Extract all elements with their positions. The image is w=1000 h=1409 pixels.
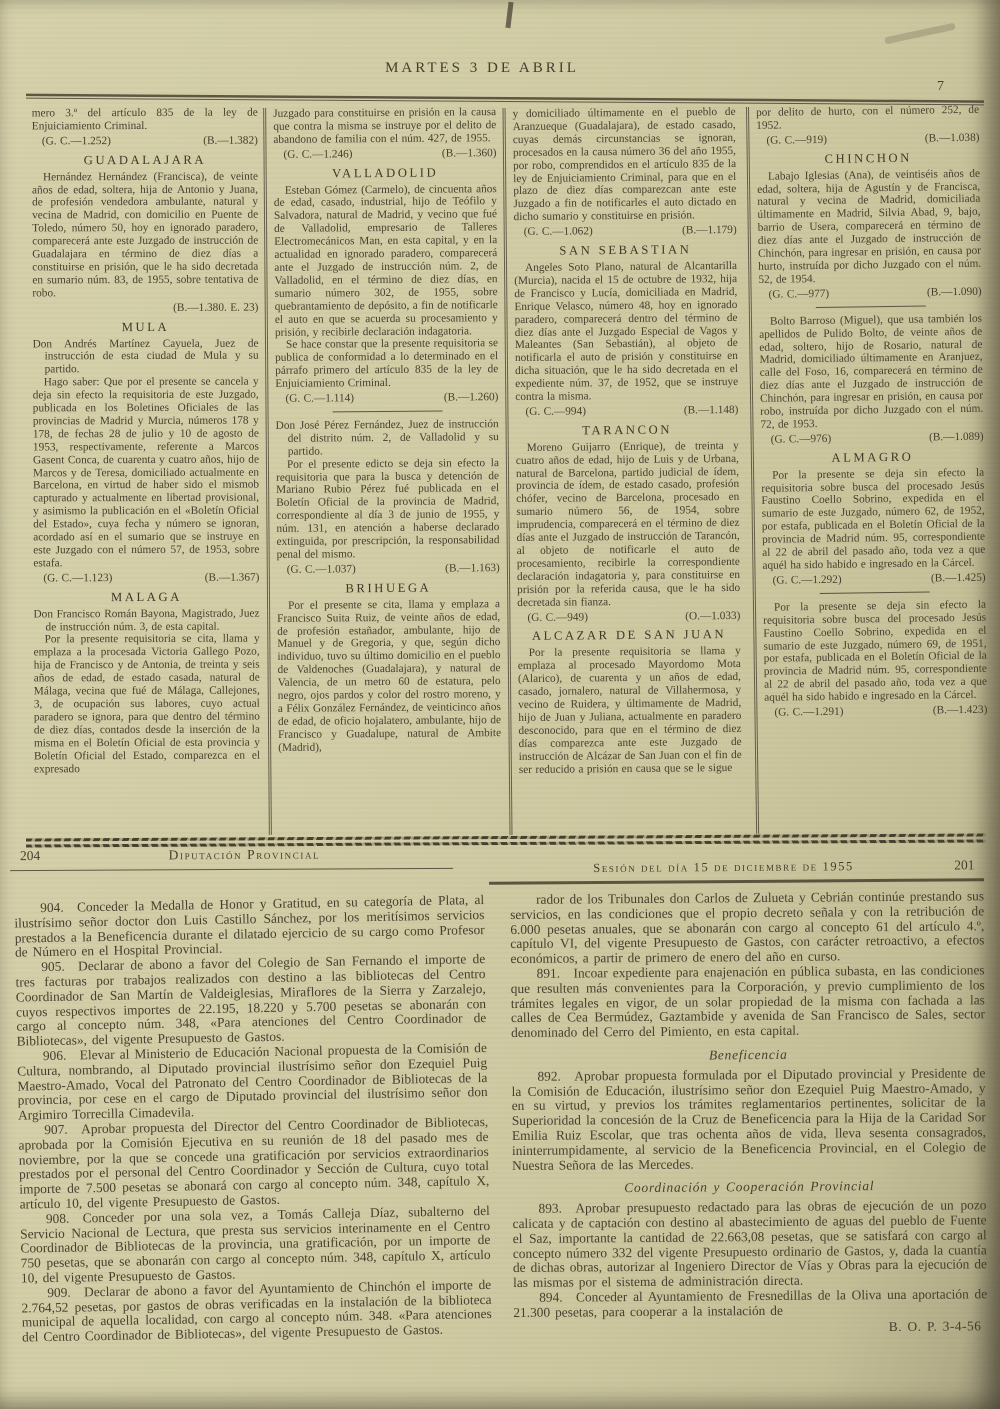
notice-paragraph: Se hace constar que la presente requisit… xyxy=(275,338,498,391)
reference-codes: (B.—1.380. E. 23) xyxy=(32,301,258,315)
running-head: 204 Diputación Provincial Sesión del día… xyxy=(10,847,984,883)
notice-paragraph: 906. Elevar al Ministerio de Educación N… xyxy=(17,1041,488,1124)
reference-left: (G. C.—1.292) xyxy=(763,574,842,588)
reference-right: (B.—1.425) xyxy=(931,572,986,586)
place-heading: BRIHUEGA xyxy=(277,581,500,596)
place-heading: TARANCON xyxy=(516,423,739,438)
topic-subheading: Beneficencia xyxy=(511,1046,985,1065)
place-heading: ALMAGRO xyxy=(761,449,984,465)
running-title-left: Diputación Provincial xyxy=(40,846,448,864)
notice-paragraph: Por el presente edicto se deja sin efect… xyxy=(276,457,500,562)
reference-right: (B.—1.179) xyxy=(682,224,737,237)
reference-left: (G. C.—1.062) xyxy=(514,225,593,239)
session-minutes-section: 204 Diputación Provincial Sesión del día… xyxy=(10,847,984,1409)
notice-paragraph: Labajo Iglesias (Ana), de veintiséis año… xyxy=(757,167,982,286)
notice-paragraph: 907. Aprobar propuesta del Director del … xyxy=(18,1115,490,1212)
reference-right: (B.—1.360) xyxy=(442,147,497,160)
notice-paragraph: Don Francisco Román Bayona, Magistrado, … xyxy=(33,607,259,634)
place-heading: SAN SEBASTIAN xyxy=(514,243,737,258)
reference-codes: (G. C.—919)(B.—1.038) xyxy=(756,132,979,148)
notice-paragraph: rador de los Tribunales don Carlos de Zu… xyxy=(510,889,985,967)
reference-codes: (G. C.—994)(B.—1.148) xyxy=(515,404,738,419)
scan-artifact-mark xyxy=(505,2,513,28)
notice-paragraph: y domiciliado últimamente en el pueblo d… xyxy=(513,106,737,224)
notice-paragraph: 904. Conceder la Medalla de Honor y Grat… xyxy=(14,893,485,961)
reference-right: (B.—1.382) xyxy=(203,134,258,147)
reference-right: (O.—1.033) xyxy=(685,609,740,622)
masthead-rule xyxy=(26,94,984,107)
reference-left: (G. C.—1.246) xyxy=(273,148,352,162)
reference-right: (B.—1.148) xyxy=(684,404,739,417)
reference-codes: (G. C.—1.246)(B.—1.360) xyxy=(273,147,496,162)
notice-paragraph: Bolto Barroso (Miguel), que usa también … xyxy=(759,312,984,431)
session-column-2: rador de los Tribunales don Carlos de Zu… xyxy=(510,889,987,1337)
folio-right: 201 xyxy=(954,857,974,873)
reference-right: (B.—1.090) xyxy=(927,286,982,300)
bop-imprint: B. O. P. 3-4-56 xyxy=(513,1319,987,1338)
reference-codes: (G. C.—976)(B.—1.089) xyxy=(761,431,984,447)
notice-paragraph: Por la presente requisitoria se llama y … xyxy=(518,645,742,776)
reference-right: (B.—1.089) xyxy=(929,431,984,445)
reference-codes: (G. C.—1.252)(B.—1.382) xyxy=(32,134,258,148)
page-number: 7 xyxy=(937,79,944,95)
session-columns: 904. Conceder la Medalla de Honor y Grat… xyxy=(10,893,984,1337)
reference-left: (G. C.—994) xyxy=(515,405,586,419)
reference-codes: (G. C.—1.114)(B.—1.260) xyxy=(275,391,498,406)
judicial-column-1: mero 3.º del artículo 835 de la ley de E… xyxy=(25,107,268,835)
judicial-notices-section: mero 3.º del artículo 835 de la ley de E… xyxy=(26,107,986,834)
reference-codes: (G. C.—1.123)(B.—1.367) xyxy=(33,571,259,585)
notice-paragraph: 893. Aprobar presupuesto redactado para … xyxy=(512,1198,987,1291)
notice-paragraph: mero 3.º del artículo 835 de la ley de E… xyxy=(32,107,258,134)
reference-right: (B.—1.380. E. 23) xyxy=(173,301,258,314)
notice-paragraph: Por la presente se deja sin efecto la re… xyxy=(763,599,987,705)
reference-codes: (G. C.—1.291)(B.—1.423) xyxy=(764,704,987,720)
reference-left xyxy=(32,302,42,315)
notice-paragraph: 905. Declarar de abono a favor del Coleg… xyxy=(15,952,487,1049)
reference-left: (G. C.—1.123) xyxy=(33,572,112,585)
notice-paragraph: Juzgado para constituirse en prisión en … xyxy=(273,106,496,146)
notice-divider xyxy=(332,410,442,412)
notice-paragraph: Hernández Hernández (Francisca), de vein… xyxy=(32,170,258,300)
notice-paragraph: 909. Declarar de abono a favor del Ayunt… xyxy=(21,1278,492,1346)
reference-right: (B.—1.163) xyxy=(445,562,500,575)
place-heading: CHINCHON xyxy=(757,150,980,166)
notice-paragraph: Por el presente se cita, llama y emplaza… xyxy=(277,598,501,755)
notice-paragraph: Por la presente requisitoria se cita, ll… xyxy=(34,633,260,776)
reference-right: (B.—1.260) xyxy=(444,391,499,404)
reference-right: (B.—1.038) xyxy=(925,132,980,146)
masthead-date: MARTES 3 DE ABRIL xyxy=(0,60,982,77)
scan-artifact-smudge xyxy=(884,23,956,45)
notice-paragraph: Angeles Soto Plano, natural de Alcantari… xyxy=(514,260,738,404)
session-column-1: 904. Conceder la Medalla de Honor y Grat… xyxy=(10,893,492,1346)
notice-paragraph: por delito de hurto, con el número 252, … xyxy=(756,104,979,133)
folio-left: 204 xyxy=(20,848,40,864)
reference-codes: (G. C.—1.292)(B.—1.425) xyxy=(763,572,986,588)
reference-codes: (G. C.—977)(B.—1.090) xyxy=(759,286,982,302)
reference-left: (G. C.—1.114) xyxy=(275,392,354,406)
judicial-column-2: Juzgado para constituirse en prisión en … xyxy=(263,106,509,835)
section-divider-rule xyxy=(26,833,986,847)
reference-codes: (G. C.—1.062)(B.—1.179) xyxy=(514,224,737,239)
reference-left: (G. C.—976) xyxy=(761,433,832,447)
notice-paragraph: Por la presente se deja sin efecto la re… xyxy=(761,466,985,572)
running-head-left: 204 Diputación Provincial xyxy=(10,846,453,871)
judicial-column-4: por delito de hurto, con el número 252, … xyxy=(746,104,996,834)
place-heading: VALLADOLID xyxy=(274,166,497,181)
place-heading: GUADALAJARA xyxy=(32,153,258,167)
place-heading: MULA xyxy=(32,320,258,334)
running-title-right: Sesión del día 15 de diciembre de 1955 xyxy=(492,858,953,876)
notice-paragraph: 894. Conceder al Ayuntamiento de Fresned… xyxy=(513,1287,987,1320)
notice-paragraph: 891. Incoar expediente para enajenación … xyxy=(511,963,986,1041)
topic-subheading: Coordinación y Cooperación Provincial xyxy=(512,1179,986,1198)
notice-paragraph: Don José Pérez Fernández, Juez de instru… xyxy=(276,418,499,458)
notice-paragraph: Moreno Guijarro (Enrique), de treinta y … xyxy=(516,440,741,610)
reference-codes: (G. C.—1.037)(B.—1.163) xyxy=(277,562,500,577)
reference-left: (G. C.—1.291) xyxy=(764,706,843,720)
running-head-right: Sesión del día 15 de diciembre de 1955 2… xyxy=(488,857,984,884)
notice-paragraph: Esteban Gómez (Carmelo), de cincuenta añ… xyxy=(274,183,498,340)
reference-left: (G. C.—1.252) xyxy=(32,135,111,148)
notice-paragraph: 908. Conceder por una sola vez, a Tomás … xyxy=(20,1204,491,1287)
reference-right: (B.—1.423) xyxy=(933,704,988,718)
notice-paragraph: 892. Aprobar propuesta formulada por el … xyxy=(511,1066,986,1173)
reference-left: (G. C.—919) xyxy=(756,134,827,148)
notice-paragraph: Hago saber: Que por el presente se cance… xyxy=(33,376,260,570)
reference-right: (B.—1.367) xyxy=(205,571,260,584)
judicial-column-3: y domiciliado últimamente en el pueblo d… xyxy=(503,106,750,835)
notice-divider xyxy=(815,305,925,308)
place-heading: ALCAZAR DE SAN JUAN xyxy=(518,628,741,643)
notice-paragraph: Don Andrés Martínez Cayuela, Juez de ins… xyxy=(33,337,259,377)
reference-codes: (G. C.—949)(O.—1.033) xyxy=(517,609,740,624)
reference-left: (G. C.—949) xyxy=(517,611,588,625)
reference-left: (G. C.—1.037) xyxy=(277,563,356,577)
scanned-bulletin-page: MARTES 3 DE ABRIL 7 mero 3.º del artícul… xyxy=(0,0,1000,1409)
reference-left: (G. C.—977) xyxy=(759,288,830,302)
notice-divider xyxy=(819,591,929,594)
place-heading: MALAGA xyxy=(33,590,259,604)
